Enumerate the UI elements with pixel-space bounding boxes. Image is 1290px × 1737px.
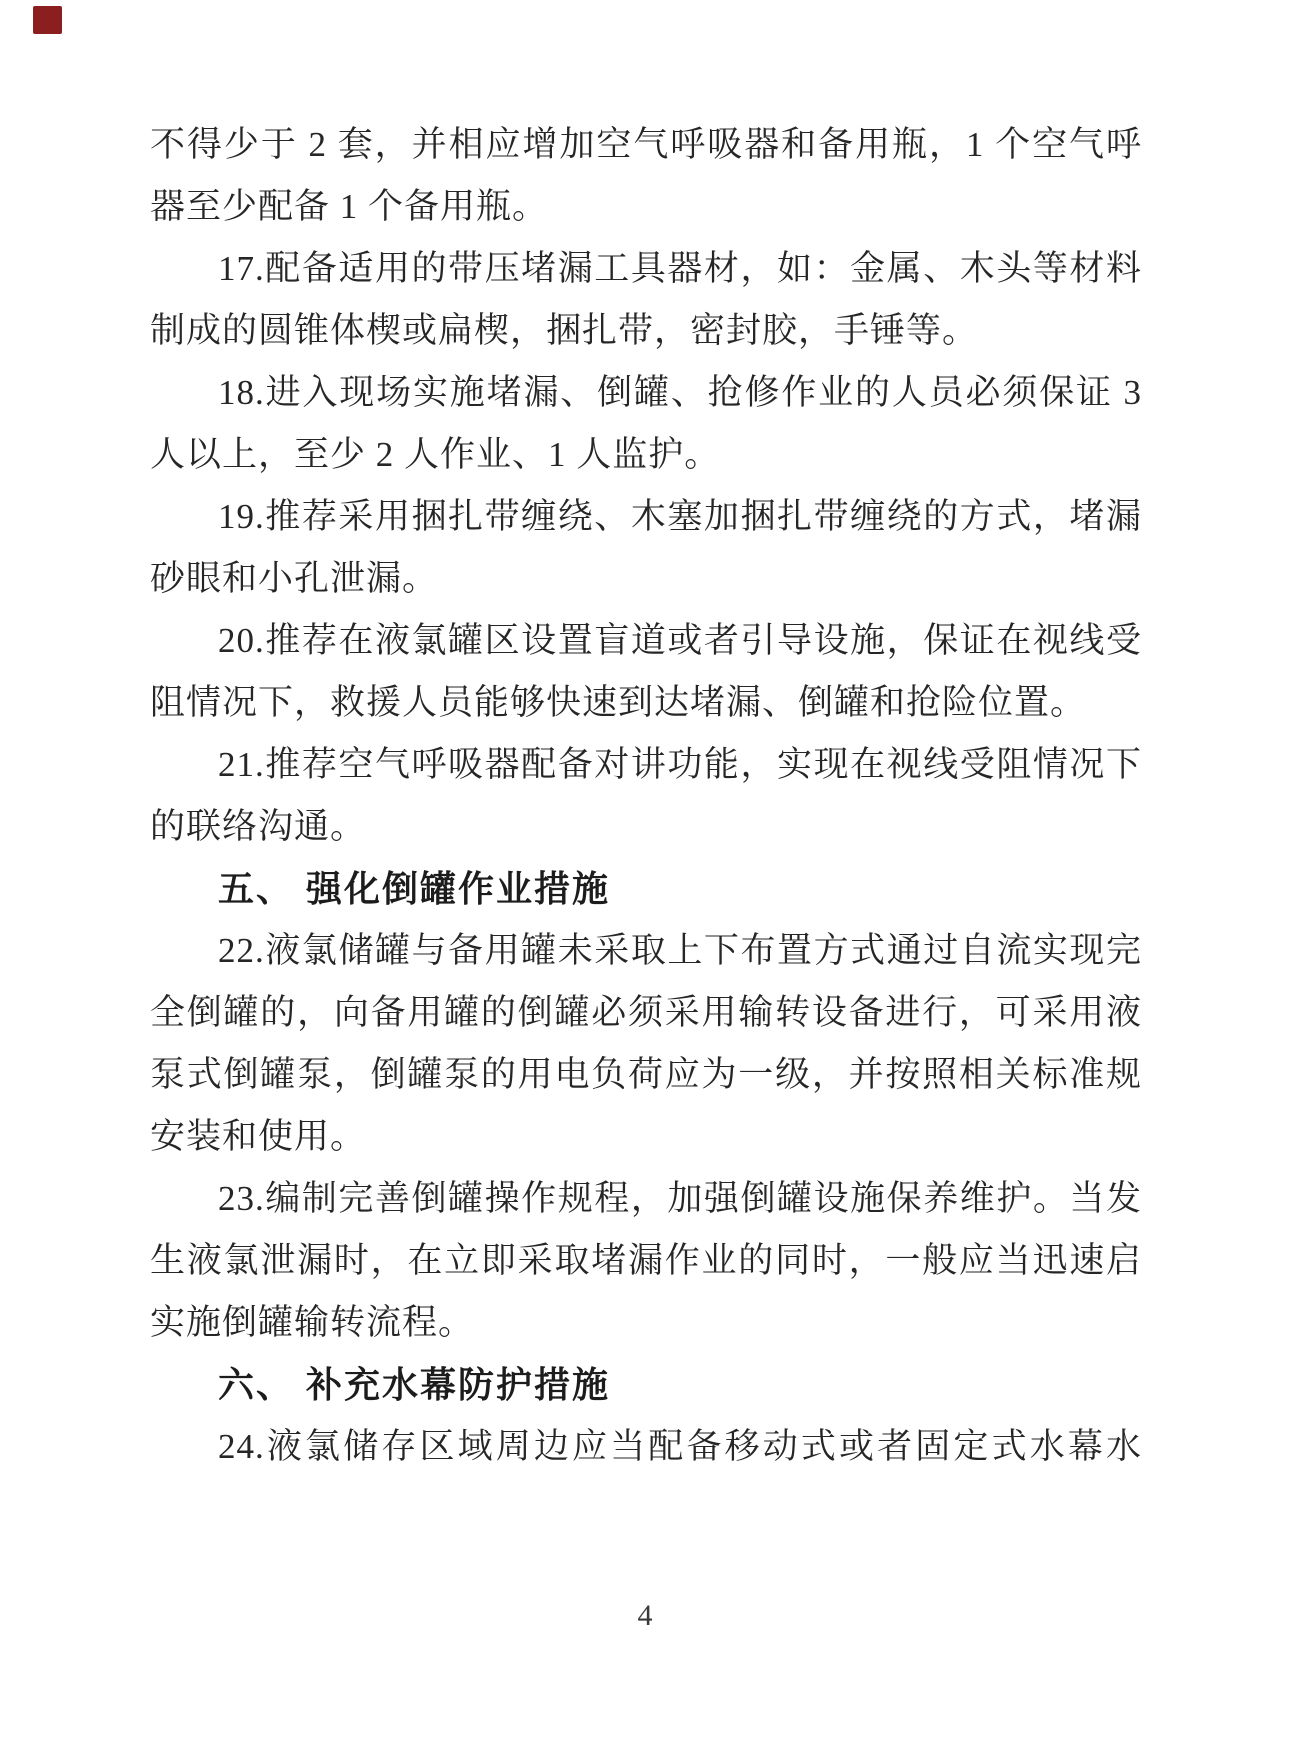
page-number: 4 [0, 1596, 1290, 1636]
text-line: 的联络沟通。 [150, 796, 1142, 858]
text-line: 全倒罐的，向备用罐的倒罐必须采用输转设备进行，可采用液下 [150, 982, 1142, 1044]
document-page: 不得少于 2 套，并相应增加空气呼吸器和备用瓶，1 个空气呼吸器至少配备 1 个… [0, 0, 1290, 1737]
text-line: 21.推荐空气呼吸器配备对讲功能，实现在视线受阻情况下 [150, 734, 1142, 796]
text-line: 安装和使用。 [150, 1106, 1142, 1168]
text-line: 24.液氯储存区域周边应当配备移动式或者固定式水幕水 [150, 1416, 1142, 1478]
section-heading: 五、 强化倒罐作业措施 [150, 858, 1142, 920]
text-line: 人以上，至少 2 人作业、1 人监护。 [150, 424, 1142, 486]
text-line: 18.进入现场实施堵漏、倒罐、抢修作业的人员必须保证 3 [150, 362, 1142, 424]
text-line: 泵式倒罐泵，倒罐泵的用电负荷应为一级，并按照相关标准规范 [150, 1044, 1142, 1106]
text-line: 23.编制完善倒罐操作规程，加强倒罐设施保养维护。当发 [150, 1168, 1142, 1230]
text-line: 阻情况下，救援人员能够快速到达堵漏、倒罐和抢险位置。 [150, 672, 1142, 734]
text-line: 20.推荐在液氯罐区设置盲道或者引导设施，保证在视线受 [150, 610, 1142, 672]
section-heading: 六、 补充水幕防护措施 [150, 1354, 1142, 1416]
document-content: 不得少于 2 套，并相应增加空气呼吸器和备用瓶，1 个空气呼吸器至少配备 1 个… [150, 114, 1142, 1478]
text-line: 22.液氯储罐与备用罐未采取上下布置方式通过自流实现完 [150, 920, 1142, 982]
red-corner-mark [33, 6, 62, 34]
text-line: 19.推荐采用捆扎带缠绕、木塞加捆扎带缠绕的方式，堵漏 [150, 486, 1142, 548]
text-line: 实施倒罐输转流程。 [150, 1292, 1142, 1354]
text-line: 器至少配备 1 个备用瓶。 [150, 176, 1142, 238]
text-line: 17.配备适用的带压堵漏工具器材，如：金属、木头等材料 [150, 238, 1142, 300]
text-line: 制成的圆锥体楔或扁楔，捆扎带，密封胶，手锤等。 [150, 300, 1142, 362]
text-line: 砂眼和小孔泄漏。 [150, 548, 1142, 610]
text-line: 生液氯泄漏时，在立即采取堵漏作业的同时，一般应当迅速启动 [150, 1230, 1142, 1292]
text-line: 不得少于 2 套，并相应增加空气呼吸器和备用瓶，1 个空气呼吸 [150, 114, 1142, 176]
